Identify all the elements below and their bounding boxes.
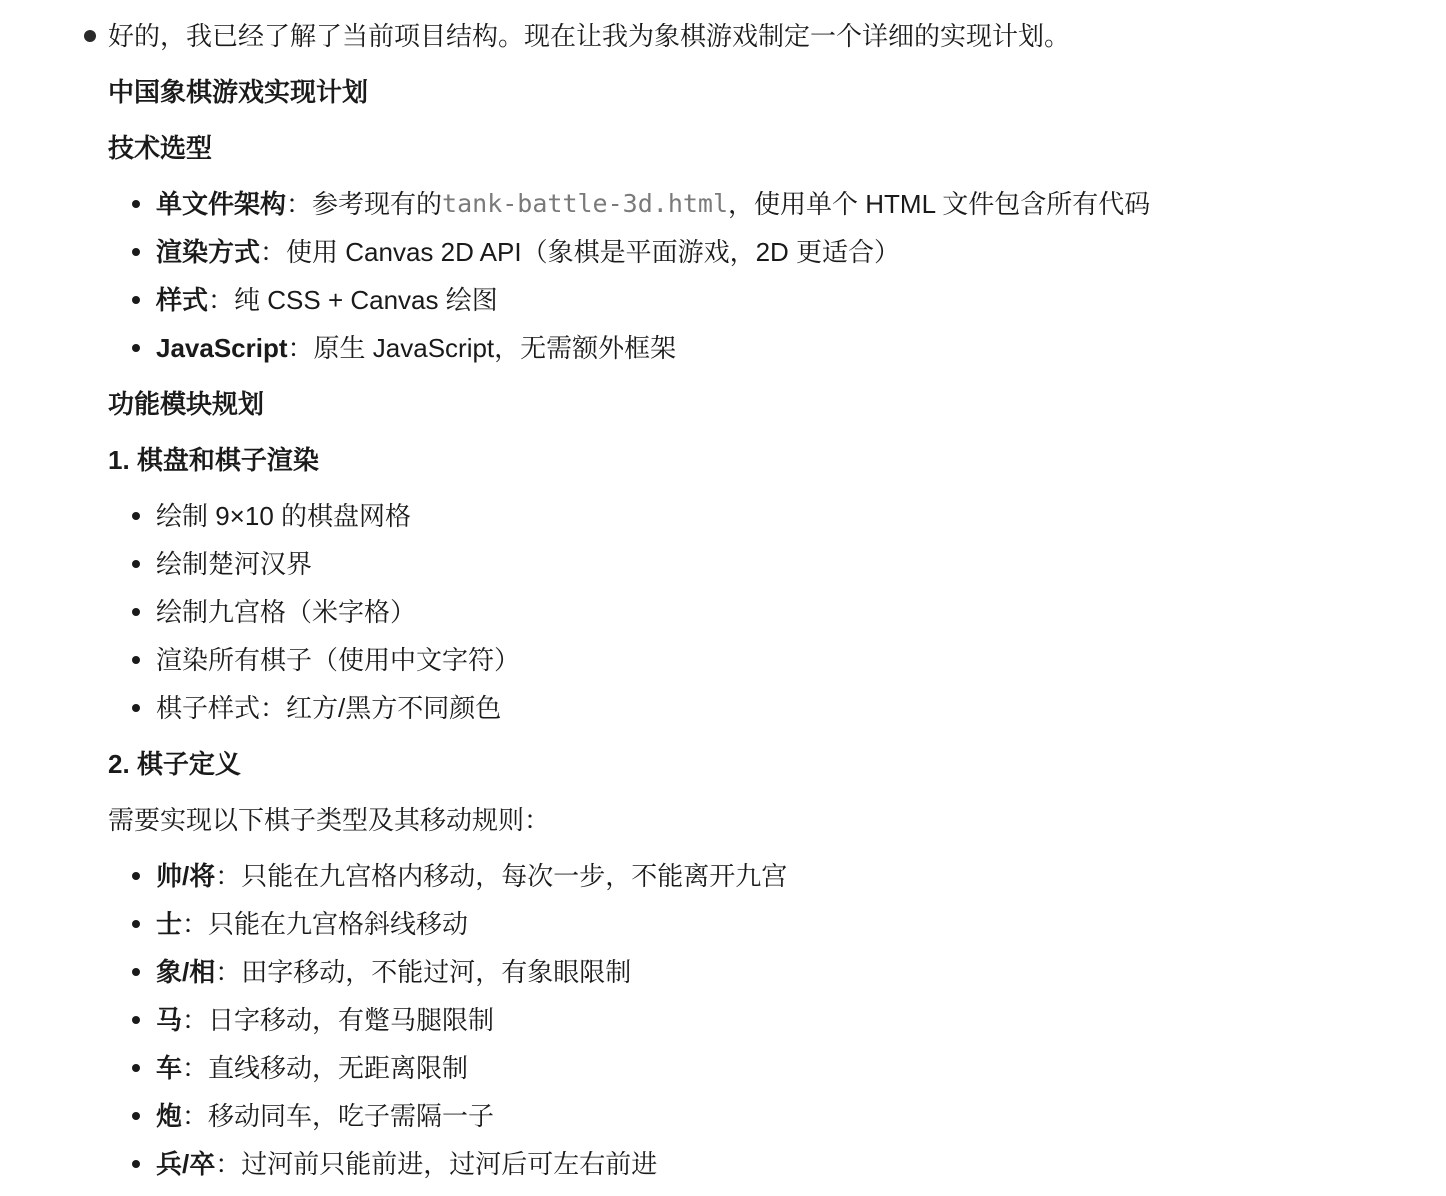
bullet-icon	[132, 872, 140, 880]
bullet-icon	[132, 1016, 140, 1024]
piece-name: 炮	[156, 1096, 182, 1136]
message-status-dot-icon	[84, 30, 96, 42]
bullet-icon	[132, 920, 140, 928]
piece-rule: 只能在九宫格内移动，每次一步，不能离开九宫	[241, 856, 787, 896]
piece-rule-item: 兵/卒：过河前只能前进，过河后可左右前进	[132, 1144, 657, 1184]
tech-term: JavaScript	[156, 328, 288, 368]
tech-term: 单文件架构	[156, 184, 286, 224]
bullet-icon	[132, 656, 140, 664]
piece-rule-item: 车：直线移动，无距离限制	[132, 1048, 468, 1088]
piece-name: 象/相	[156, 952, 215, 992]
bullet-icon	[132, 248, 140, 256]
piece-name: 车	[156, 1048, 182, 1088]
module-2-heading: 2. 棋子定义	[108, 744, 241, 784]
separator: ：	[182, 1000, 208, 1040]
module-2-intro: 需要实现以下棋子类型及其移动规则：	[108, 800, 550, 840]
separator: ：	[182, 1096, 208, 1136]
bullet-icon	[132, 200, 140, 208]
bullet-icon	[132, 1064, 140, 1072]
bullet-icon	[132, 1160, 140, 1168]
piece-rule-item: 帅/将：只能在九宫格内移动，每次一步，不能离开九宫	[132, 856, 787, 896]
message-intro-row: 好的，我已经了解了当前项目结构。现在让我为象棋游戏制定一个详细的实现计划。	[84, 14, 1070, 58]
tech-desc-after-code: ，使用单个 HTML 文件包含所有代码	[728, 184, 1150, 224]
piece-rule: 过河前只能前进，过河后可左右前进	[241, 1144, 657, 1184]
plan-title: 中国象棋游戏实现计划	[108, 72, 368, 112]
bullet-icon	[132, 608, 140, 616]
piece-rule-item: 马：日字移动，有蹩马腿限制	[132, 1000, 494, 1040]
tech-list-item: 单文件架构：参考现有的 tank-battle-3d.html，使用单个 HTM…	[132, 184, 1150, 224]
tech-section-heading: 技术选型	[108, 128, 212, 168]
module-1-item-text: 绘制 9×10 的棋盘网格	[156, 496, 411, 536]
module-1-list-item: 绘制九宫格（米字格）	[132, 592, 416, 632]
tech-list-item: 渲染方式：使用 Canvas 2D API（象棋是平面游戏，2D 更适合）	[132, 232, 900, 272]
piece-rule: 日字移动，有蹩马腿限制	[208, 1000, 494, 1040]
message-intro-text: 好的，我已经了解了当前项目结构。现在让我为象棋游戏制定一个详细的实现计划。	[108, 14, 1070, 58]
separator: ：	[215, 952, 241, 992]
module-1-item-text: 绘制九宫格（米字格）	[156, 592, 416, 632]
tech-term: 渲染方式	[156, 232, 260, 272]
piece-rule-item: 象/相：田字移动，不能过河，有象眼限制	[132, 952, 631, 992]
tech-desc: 使用 Canvas 2D API（象棋是平面游戏，2D 更适合）	[286, 232, 900, 272]
bullet-icon	[132, 560, 140, 568]
separator: ：	[288, 328, 314, 368]
piece-rule-item: 士：只能在九宫格斜线移动	[132, 904, 468, 944]
tech-term: 样式	[156, 280, 208, 320]
bullet-icon	[132, 704, 140, 712]
tech-desc: 纯 CSS + Canvas 绘图	[234, 280, 498, 320]
piece-name: 兵/卒	[156, 1144, 215, 1184]
piece-rule: 田字移动，不能过河，有象眼限制	[241, 952, 631, 992]
separator: ：	[182, 904, 208, 944]
tech-list-item: 样式：纯 CSS + Canvas 绘图	[132, 280, 498, 320]
separator: ：	[215, 1144, 241, 1184]
piece-name: 士	[156, 904, 182, 944]
module-1-list-item: 绘制楚河汉界	[132, 544, 312, 584]
separator: ：	[260, 232, 286, 272]
piece-name: 帅/将	[156, 856, 215, 896]
bullet-icon	[132, 296, 140, 304]
separator: ：	[286, 184, 312, 224]
tech-list-item: JavaScript：原生 JavaScript，无需额外框架	[132, 328, 676, 368]
piece-name: 马	[156, 1000, 182, 1040]
module-1-item-text: 棋子样式：红方/黑方不同颜色	[156, 688, 501, 728]
piece-rule: 直线移动，无距离限制	[208, 1048, 468, 1088]
module-1-item-text: 渲染所有棋子（使用中文字符）	[156, 640, 520, 680]
module-1-list-item: 渲染所有棋子（使用中文字符）	[132, 640, 520, 680]
module-1-list-item: 绘制 9×10 的棋盘网格	[132, 496, 411, 536]
piece-rule: 只能在九宫格斜线移动	[208, 904, 468, 944]
module-1-item-text: 绘制楚河汉界	[156, 544, 312, 584]
module-1-list-item: 棋子样式：红方/黑方不同颜色	[132, 688, 501, 728]
tech-desc: 原生 JavaScript，无需额外框架	[314, 328, 677, 368]
module-1-heading: 1. 棋盘和棋子渲染	[108, 440, 319, 480]
separator: ：	[182, 1048, 208, 1088]
bullet-icon	[132, 1112, 140, 1120]
bullet-icon	[132, 344, 140, 352]
bullet-icon	[132, 512, 140, 520]
bullet-icon	[132, 968, 140, 976]
piece-rule: 移动同车，吃子需隔一子	[208, 1096, 494, 1136]
piece-rule-item: 炮：移动同车，吃子需隔一子	[132, 1096, 494, 1136]
modules-section-heading: 功能模块规划	[108, 384, 264, 424]
separator: ：	[208, 280, 234, 320]
separator: ：	[215, 856, 241, 896]
inline-code-filename: tank-battle-3d.html	[442, 184, 728, 224]
tech-desc-before-code: 参考现有的	[312, 184, 442, 224]
